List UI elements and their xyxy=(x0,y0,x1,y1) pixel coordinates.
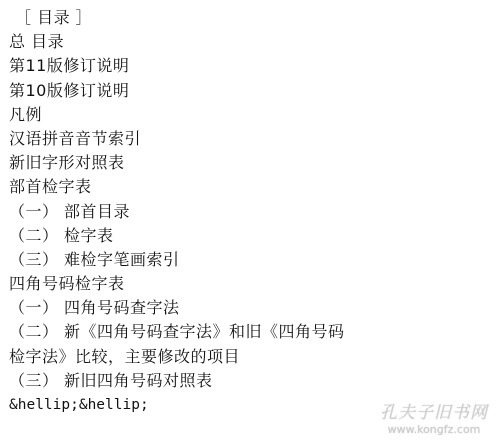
toc-item-label: 部首检字表 xyxy=(9,177,92,196)
toc-item-label: 新《四角号码查字法》和旧《四角号码 xyxy=(64,322,345,341)
toc-item-label: 检字法》比较，主要修改的项目 xyxy=(9,347,240,366)
toc-item-label: 新旧字形对照表 xyxy=(9,153,125,172)
toc-item-number: （二） xyxy=(9,320,64,344)
toc-item-continuation: 检字法》比较，主要修改的项目 xyxy=(9,345,345,369)
toc-item-label: 汉语拼音音节索引 xyxy=(9,129,141,148)
toc-item: 四角号码检字表 xyxy=(9,272,345,296)
watermark-name: 孔夫子旧书网 xyxy=(380,398,488,423)
toc-item-label: 第11版修订说明 xyxy=(9,56,129,75)
toc-item-number: （二） xyxy=(9,224,64,248)
toc-item-number: （一） xyxy=(9,200,64,224)
toc-subitem: （二）检字表 xyxy=(9,224,345,248)
toc-item-label: 第10版修订说明 xyxy=(9,81,129,100)
toc-item-label: 检字表 xyxy=(64,226,114,245)
toc-subitem: （三）新旧四角号码对照表 xyxy=(9,369,345,393)
toc-item: 总 目录 xyxy=(9,30,345,54)
toc-item-label: 难检字笔画索引 xyxy=(64,250,180,269)
watermark-url: www.kongfz.com xyxy=(380,423,488,436)
toc-ellipsis: &hellip;&hellip; xyxy=(9,393,345,417)
toc-item-number: （三） xyxy=(9,369,64,393)
toc-item-label: 四角号码检字表 xyxy=(9,274,125,293)
toc-item-label: 四角号码查字法 xyxy=(64,298,180,317)
toc-subitem: （二）新《四角号码查字法》和旧《四角号码 xyxy=(9,320,345,344)
toc-item-label: 新旧四角号码对照表 xyxy=(64,371,213,390)
toc-item: 汉语拼音音节索引 xyxy=(9,127,345,151)
toc-item: 第10版修订说明 xyxy=(9,79,345,103)
toc-item-number: （三） xyxy=(9,248,64,272)
toc-subitem: （三）难检字笔画索引 xyxy=(9,248,345,272)
toc-subitem: （一）四角号码查字法 xyxy=(9,296,345,320)
toc-item-label: 总 目录 xyxy=(9,32,64,51)
toc-item: 凡例 xyxy=(9,103,345,127)
toc-heading: ［ 目录 ］ xyxy=(9,6,345,30)
toc-item-number: （一） xyxy=(9,296,64,320)
toc-item: 部首检字表 xyxy=(9,175,345,199)
toc-subitem: （一）部首目录 xyxy=(9,200,345,224)
toc-item: 第11版修订说明 xyxy=(9,54,345,78)
toc-item-label: 部首目录 xyxy=(64,202,130,221)
toc-item: 新旧字形对照表 xyxy=(9,151,345,175)
watermark: 孔夫子旧书网 www.kongfz.com xyxy=(380,398,488,436)
toc-item-label: 凡例 xyxy=(9,105,42,124)
table-of-contents: ［ 目录 ］ 总 目录 第11版修订说明 第10版修订说明 凡例 汉语拼音音节索… xyxy=(9,6,345,417)
